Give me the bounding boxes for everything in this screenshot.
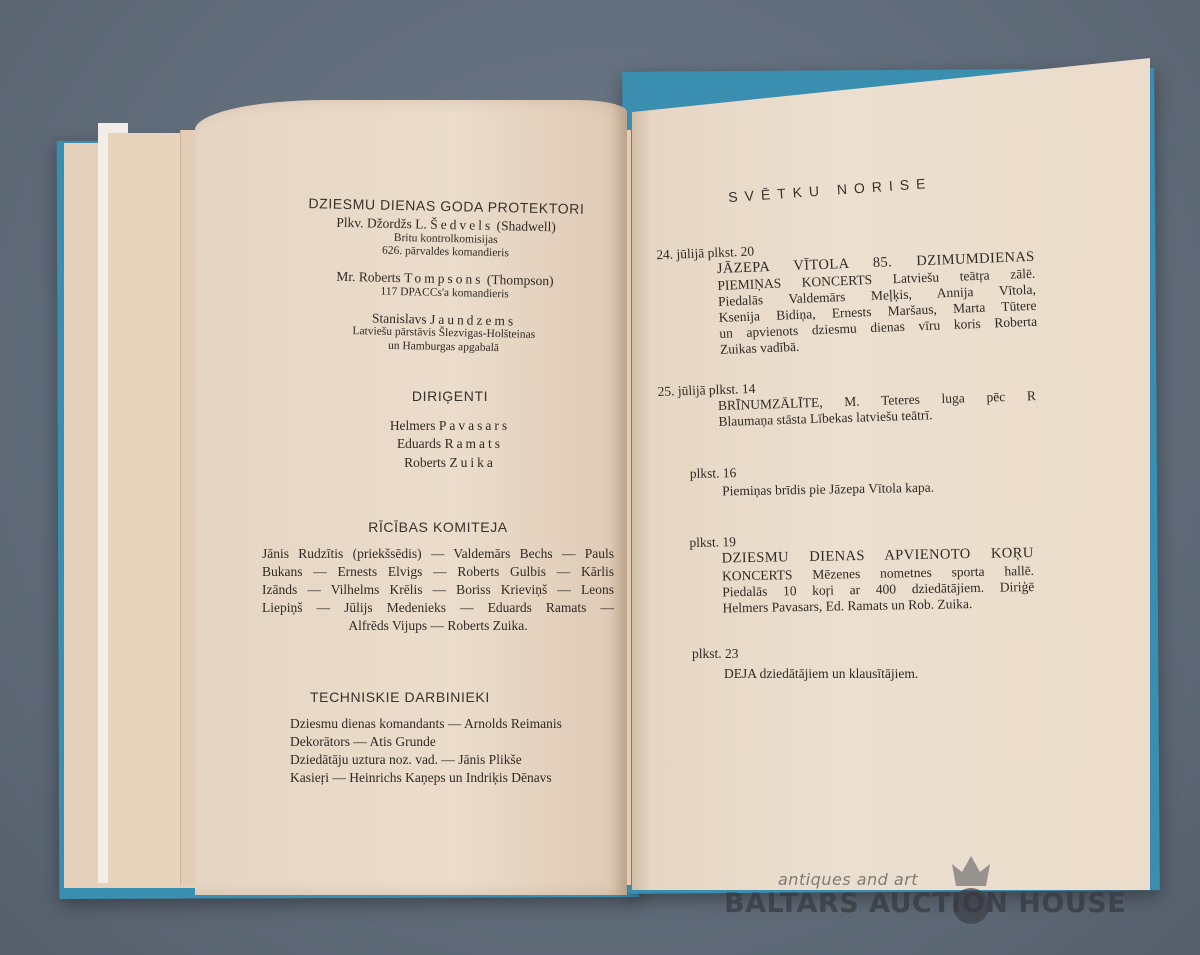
committee-line: Izānds — Vilhelms Krēlis — Boriss Krievi… <box>262 581 614 599</box>
committee-section: RĪCĪBAS KOMITEJA Jānis Rudzītis (priekšs… <box>262 519 614 635</box>
watermark-tagline: antiques and art <box>778 870 918 889</box>
event-line: DEJA dziedātājiem un klausītājiem. <box>724 664 1032 684</box>
committee-line: Liepiņš — Jūlijs Medenieks — Eduards Ram… <box>262 599 614 617</box>
committee-heading: RĪCĪBAS KOMITEJA <box>262 519 614 535</box>
conductors-section: DIRIĢENTI Helmers Pavasars Eduards Ramat… <box>310 388 590 472</box>
committee-line: Bukans — Ernests Elvigs — Roberts Gulbis… <box>262 563 614 581</box>
committee-line: Alfrēds Vijups — Roberts Zuika. <box>262 617 614 635</box>
schedule-event: 24. jūlijā plkst. 20 JĀZEPA VĪTOLA 85. D… <box>656 233 1038 360</box>
technical-line: Dekorātors — Atis Grunde <box>290 733 615 751</box>
technical-line: Dziedātāju uztura noz. vad. — Jānis Plik… <box>290 751 615 769</box>
technical-section: TECHNISKIE DARBINIEKI Dziesmu dienas kom… <box>290 689 615 787</box>
technical-line: Dziesmu dienas komandants — Arnolds Reim… <box>290 715 615 733</box>
conductors-heading: DIRIĢENTI <box>310 388 590 404</box>
technical-line: Kasieŗi — Heinrichs Kaņeps un Indriķis D… <box>290 769 615 787</box>
schedule-event: plkst. 23 DEJA dziedātājiem un klausītāj… <box>692 644 1032 683</box>
patrons-section: DZIESMU DIENAS GODA PROTEKTORI Plkv. Džo… <box>268 194 621 357</box>
committee-line: Jānis Rudzītis (priekšsēdis) — Valdemārs… <box>262 545 614 563</box>
conductor-entry: Helmers Pavasars <box>310 417 590 435</box>
schedule-event: plkst. 19 DZIESMU DIENAS APVIENOTO KOŖU … <box>689 529 1034 617</box>
conductor-entry: Roberts Zuika <box>310 454 590 472</box>
conductor-entry: Eduards Ramats <box>310 435 590 453</box>
schedule-event: plkst. 16 Piemiņas brīdis pie Jāzepa Vīt… <box>690 459 1031 501</box>
technical-heading: TECHNISKIE DARBINIEKI <box>310 689 615 705</box>
watermark-brand: BALTARS AUCTION HOUSE <box>724 888 1126 919</box>
event-time: plkst. 23 <box>692 644 1032 664</box>
